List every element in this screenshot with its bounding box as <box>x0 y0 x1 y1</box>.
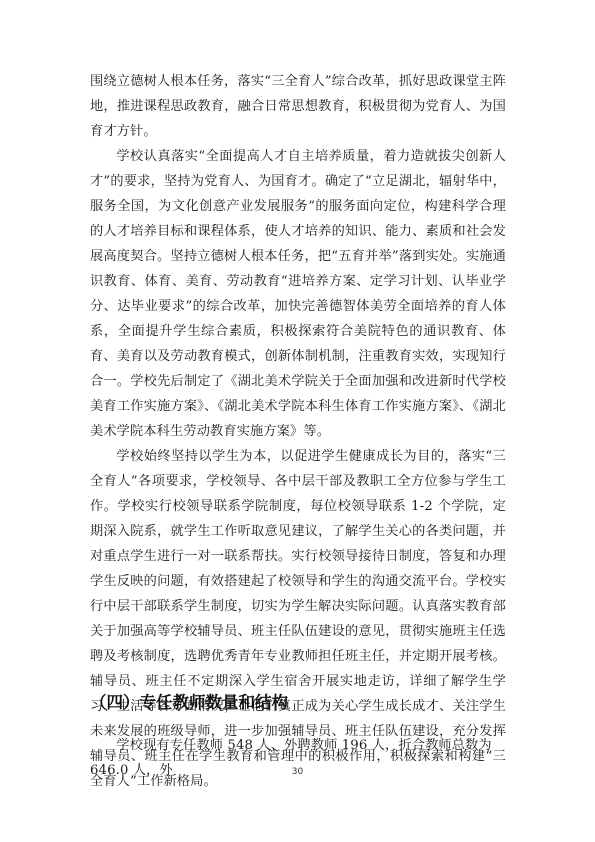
body-text-block: 围绕立德树人根本任务，落实“三全育人”综合改革，抓好思政课堂主阵地，推进课程思政… <box>90 69 506 794</box>
page-number: 30 <box>0 767 595 777</box>
paragraph-continuation: 围绕立德树人根本任务，落实“三全育人”综合改革，抓好思政课堂主阵地，推进课程思政… <box>90 69 506 144</box>
document-page: 围绕立德树人根本任务，落实“三全育人”综合改革，抓好思政课堂主阵地，推进课程思政… <box>0 0 595 842</box>
section-heading: （四）专任教师数量和结构 <box>90 690 288 716</box>
paragraph-talent-cultivation: 学校认真落实“全面提高人才自主培养质量，着力造就拔尖创新人才”的要求，坚持为党育… <box>90 144 506 444</box>
